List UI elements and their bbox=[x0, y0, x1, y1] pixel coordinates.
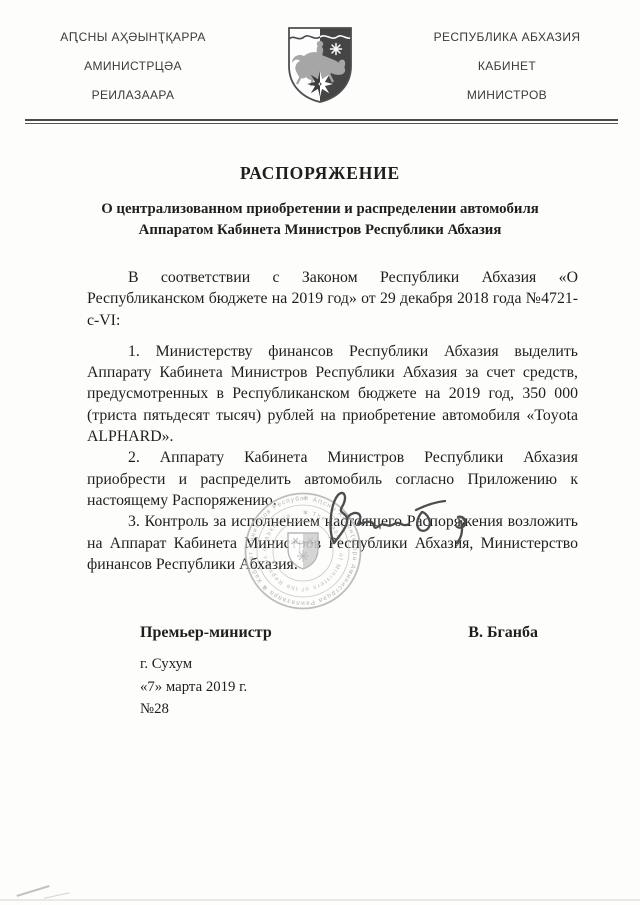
document-title: РАСПОРЯЖЕНИЕ bbox=[0, 163, 640, 184]
stamp-center-emblem bbox=[288, 533, 318, 569]
letterhead-right-line3: МИНИСТРОВ bbox=[388, 81, 626, 110]
body-paragraph-preamble: В соответствии с Законом Республики Абха… bbox=[87, 267, 578, 331]
subject-line1: О централизованном приобретении и распре… bbox=[0, 199, 640, 220]
signature-row: Премьер-министр В. Бганба bbox=[0, 624, 640, 642]
letterhead-right-russian: РЕСПУБЛИКА АБХАЗИЯ КАБИНЕТ МИНИСТРОВ bbox=[388, 0, 626, 110]
body-paragraph-item1: 1. Министерству финансов Республики Абха… bbox=[87, 341, 578, 447]
scan-bottom-edge-shadow bbox=[0, 899, 640, 901]
scanned-document-page: АԤСНЫ АҲӘЫНҬҚАРРА АМИНИСТРЦӘА РЕИЛАЗААРА bbox=[0, 0, 640, 905]
scan-speck bbox=[17, 885, 50, 896]
letterhead-left-abkhaz: АԤСНЫ АҲӘЫНҬҚАРРА АМИНИСТРЦӘА РЕИЛАЗААРА bbox=[14, 0, 252, 110]
document-subject: О централизованном приобретении и распре… bbox=[0, 199, 640, 241]
letterhead-left-line2: АМИНИСТРЦӘА bbox=[14, 52, 252, 81]
letterhead-right-line1: РЕСПУБЛИКА АБХАЗИЯ bbox=[388, 23, 626, 52]
footer-number: №28 bbox=[140, 698, 640, 721]
handwritten-signature-icon bbox=[318, 485, 480, 555]
signatory-role: Премьер-министр bbox=[140, 624, 272, 642]
letterhead-left-line1: АԤСНЫ АҲӘЫНҬҚАРРА bbox=[14, 23, 252, 52]
letterhead-left-line3: РЕИЛАЗААРА bbox=[14, 81, 252, 110]
letterhead: АԤСНЫ АҲӘЫНҬҚАРРА АМИНИСТРЦӘА РЕИЛАЗААРА bbox=[0, 0, 640, 110]
footer-city: г. Сухум bbox=[140, 653, 640, 676]
footer-date: «7» марта 2019 г. bbox=[140, 676, 640, 699]
letterhead-right-line2: КАБИНЕТ bbox=[388, 52, 626, 81]
emblem-container bbox=[286, 0, 354, 109]
abkhazia-coat-of-arms-icon bbox=[286, 26, 354, 104]
double-rule-divider bbox=[25, 119, 618, 124]
scan-speck bbox=[44, 892, 70, 898]
subject-line2: Аппаратом Кабинета Министров Республики … bbox=[0, 220, 640, 241]
signatory-name: В. Бганба bbox=[468, 624, 538, 642]
document-footer: г. Сухум «7» марта 2019 г. №28 bbox=[0, 653, 640, 721]
